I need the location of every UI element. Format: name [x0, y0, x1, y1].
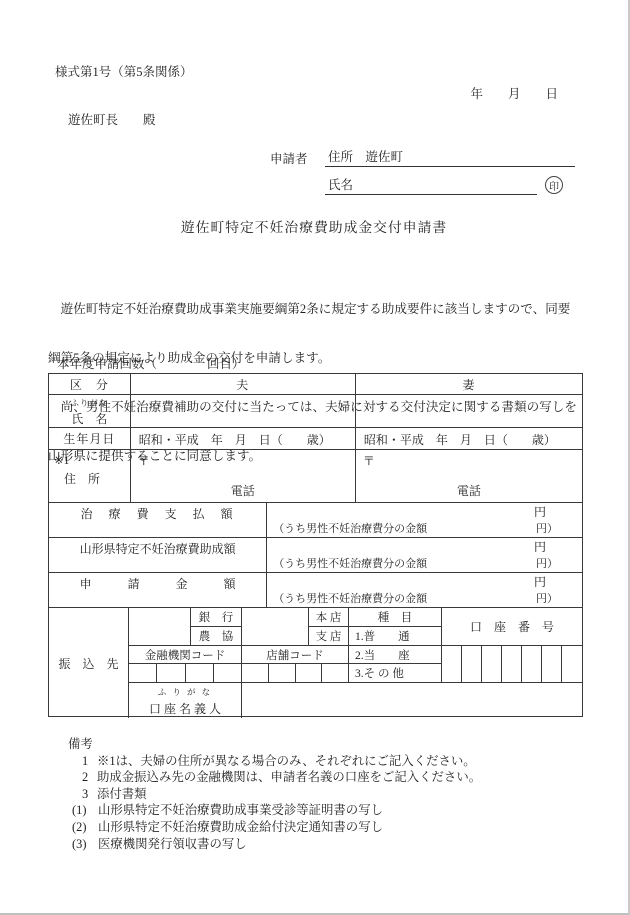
transfer-destination-label: 振 込 先: [49, 608, 129, 718]
branch-code-group: 店舗コード: [242, 646, 349, 682]
table-row: ※1 住 所 〒 電話 〒 電話: [49, 450, 582, 503]
account-type-column: 2.当 座 3.そ の 他: [349, 646, 442, 682]
account-holder-cell[interactable]: [242, 683, 582, 718]
note-item: 2 助成金振込み先の金融機関は、申請者名義の口座をご記入ください。: [68, 769, 481, 786]
attachment-number: (2): [72, 819, 98, 836]
wife-birthdate-cell[interactable]: 昭和・平成 年 月 日（ 歳）: [356, 428, 582, 449]
form-page: 様式第1号（第5条関係） 年 月 日 遊佐町長 殿 申請者 住所 遊佐町 氏名 …: [0, 0, 630, 915]
treatment-cost-cell[interactable]: 円 （うち男性不妊治療費分の金額 円）: [267, 503, 582, 537]
bank-code-box[interactable]: [186, 664, 214, 682]
bank-name-group: 銀 行 農 協: [129, 608, 242, 645]
phone-label: 電話: [457, 482, 481, 499]
wife-header: 妻: [356, 374, 582, 394]
table-row: 治 療 費 支 払 額 円 （うち男性不妊治療費分の金額 円）: [49, 503, 582, 538]
name-row-label-text: 氏 名: [71, 410, 107, 427]
note-item: 3 添付書類: [68, 786, 481, 803]
application-count-line[interactable]: 本年度申請回数（ 回目）: [57, 354, 245, 372]
note-item: 1 ※1は、夫婦の住所が異なる場合のみ、それぞれにご記入ください。: [68, 753, 481, 770]
application-form-table: 区 分 夫 妻 ふりがな 氏 名 生年月日 昭和・平成 年 月 日（ 歳） 昭和…: [48, 373, 583, 717]
pref-subsidy-label: 山形県特定不妊治療費助成額: [49, 538, 267, 572]
attachment-item: (1) 山形県特定不妊治療費助成事業受診等証明書の写し: [68, 802, 481, 819]
branch-code-box[interactable]: [322, 664, 348, 682]
account-type-header: 種 目: [349, 608, 441, 627]
account-number-box[interactable]: [522, 646, 542, 682]
note-number: 2: [82, 769, 97, 786]
yen-unit: 円: [267, 538, 582, 555]
branch-code-box[interactable]: [296, 664, 323, 682]
furigana-label: ふりがな: [70, 397, 108, 409]
note-text: 助成金振込み先の金融機関は、申請者名義の口座をご記入ください。: [97, 769, 481, 786]
account-number-box[interactable]: [462, 646, 482, 682]
note-text: 添付書類: [97, 786, 147, 803]
male-portion-label: （うち男性不妊治療費分の金額: [273, 555, 427, 571]
account-type-ordinary[interactable]: 1.普 通: [349, 627, 441, 645]
form-number: 様式第1号（第5条関係）: [55, 62, 193, 80]
application-amount-label: 申 請 金 額: [49, 573, 267, 607]
account-number-box[interactable]: [442, 646, 462, 682]
yen-unit-close: 円）: [536, 555, 558, 571]
wife-address-cell[interactable]: 〒 電話: [356, 450, 582, 502]
treatment-cost-label: 治 療 費 支 払 額: [49, 503, 267, 537]
table-row: ふりがな 氏 名: [49, 395, 582, 428]
date-line: 年 月 日: [470, 84, 558, 102]
application-amount-cell[interactable]: 円 （うち男性不妊治療費分の金額 円）: [267, 573, 582, 607]
bank-code-box[interactable]: [214, 664, 241, 682]
branch-name-group: 本 店 支 店: [242, 608, 349, 645]
wife-name-cell[interactable]: [356, 395, 582, 427]
yen-unit-close: 円）: [536, 590, 558, 606]
attachment-number: (1): [72, 802, 98, 819]
ref-mark: ※1: [54, 453, 130, 467]
bank-code-box[interactable]: [129, 664, 157, 682]
husband-address-cell[interactable]: 〒 電話: [131, 450, 356, 502]
applicant-label: 申請者: [270, 149, 308, 167]
applicant-name-field[interactable]: 氏名: [325, 175, 537, 195]
notes-header: 備考: [68, 736, 481, 753]
coop-suffix: 農 協: [191, 627, 241, 645]
table-row: 生年月日 昭和・平成 年 月 日（ 歳） 昭和・平成 年 月 日（ 歳）: [49, 428, 582, 450]
account-type-current[interactable]: 2.当 座: [349, 646, 441, 664]
postal-mark: 〒: [131, 450, 355, 469]
bank-transfer-section: 振 込 先 銀 行 農 協 本 店 支 店: [49, 608, 582, 718]
attachment-text: 山形県特定不妊治療費助成事業受診等証明書の写し: [98, 802, 383, 819]
name-row-label: ふりがな 氏 名: [49, 395, 131, 427]
name-label: 氏名: [325, 178, 353, 192]
pref-subsidy-cell[interactable]: 円 （うち男性不妊治療費分の金額 円）: [267, 538, 582, 572]
furigana-label: ふ り が な: [158, 686, 212, 698]
account-number-box[interactable]: [542, 646, 562, 682]
bank-code-label: 金融機関コード: [129, 646, 241, 664]
account-type-other[interactable]: 3.そ の 他: [349, 664, 441, 682]
attachment-text: 医療機関発行領収書の写し: [98, 836, 247, 853]
account-holder-label: ふ り が な 口 座 名 義 人: [129, 683, 242, 718]
head-office-suffix: 本 店: [309, 608, 348, 627]
male-portion-label: （うち男性不妊治療費分の金額: [273, 590, 427, 606]
male-portion-label: （うち男性不妊治療費分の金額: [273, 520, 427, 536]
account-number-box[interactable]: [482, 646, 502, 682]
yen-unit: 円: [267, 503, 582, 520]
address-row-label: ※1 住 所: [49, 450, 131, 502]
body-line: 遊佐町特定不妊治療費助成事業実施要綱第2条に規定する助成要件に該当しますので、同…: [48, 301, 588, 317]
address-label: 住所 遊佐町: [325, 150, 403, 164]
birthdate-label: 生年月日: [49, 428, 131, 449]
bank-name-cell[interactable]: [129, 608, 191, 645]
account-number-header: 口 座 番 号: [442, 608, 582, 645]
category-header: 区 分: [49, 374, 131, 394]
yen-unit-close: 円）: [536, 520, 558, 536]
table-row: 山形県特定不妊治療費助成額 円 （うち男性不妊治療費分の金額 円）: [49, 538, 582, 573]
note-number: 1: [82, 753, 97, 770]
addressee: 遊佐町長 殿: [68, 110, 156, 128]
attachment-item: (2) 山形県特定不妊治療費助成金給付決定通知書の写し: [68, 819, 481, 836]
attachment-item: (3) 医療機関発行領収書の写し: [68, 836, 481, 853]
bank-code-box[interactable]: [157, 664, 185, 682]
account-number-box[interactable]: [502, 646, 522, 682]
bank-code-group: 金融機関コード: [129, 646, 242, 682]
seal-char: 印: [549, 178, 559, 193]
account-holder-label-text: 口 座 名 義 人: [149, 700, 221, 717]
table-row: 申 請 金 額 円 （うち男性不妊治療費分の金額 円）: [49, 573, 582, 608]
phone-label: 電話: [231, 482, 255, 499]
husband-name-cell[interactable]: [131, 395, 356, 427]
table-row: 区 分 夫 妻: [49, 374, 582, 395]
applicant-address-field[interactable]: 住所 遊佐町: [325, 147, 575, 167]
attachment-text: 山形県特定不妊治療費助成金給付決定通知書の写し: [98, 819, 383, 836]
address-row-label-text: 住 所: [64, 470, 130, 487]
account-number-boxes: [442, 646, 582, 682]
notes-section: 備考 1 ※1は、夫婦の住所が異なる場合のみ、それぞれにご記入ください。 2 助…: [68, 736, 481, 852]
note-text: ※1は、夫婦の住所が異なる場合のみ、それぞれにご記入ください。: [97, 753, 476, 770]
account-type-column: 種 目 1.普 通: [349, 608, 442, 645]
husband-header: 夫: [131, 374, 356, 394]
branch-code-box[interactable]: [242, 664, 269, 682]
husband-birthdate-cell[interactable]: 昭和・平成 年 月 日（ 歳）: [131, 428, 356, 449]
note-number: 3: [82, 786, 97, 803]
attachment-number: (3): [72, 836, 98, 853]
account-number-box[interactable]: [562, 646, 582, 682]
branch-suffix: 支 店: [309, 627, 348, 645]
yen-unit: 円: [267, 573, 582, 590]
document-title: 遊佐町特定不妊治療費助成金交付申請書: [0, 216, 628, 236]
postal-mark: 〒: [356, 450, 582, 469]
branch-code-label: 店舗コード: [242, 646, 348, 664]
branch-code-box[interactable]: [269, 664, 296, 682]
branch-name-cell[interactable]: [242, 608, 309, 645]
seal-icon: 印: [545, 176, 563, 194]
bank-suffix: 銀 行: [191, 608, 241, 627]
